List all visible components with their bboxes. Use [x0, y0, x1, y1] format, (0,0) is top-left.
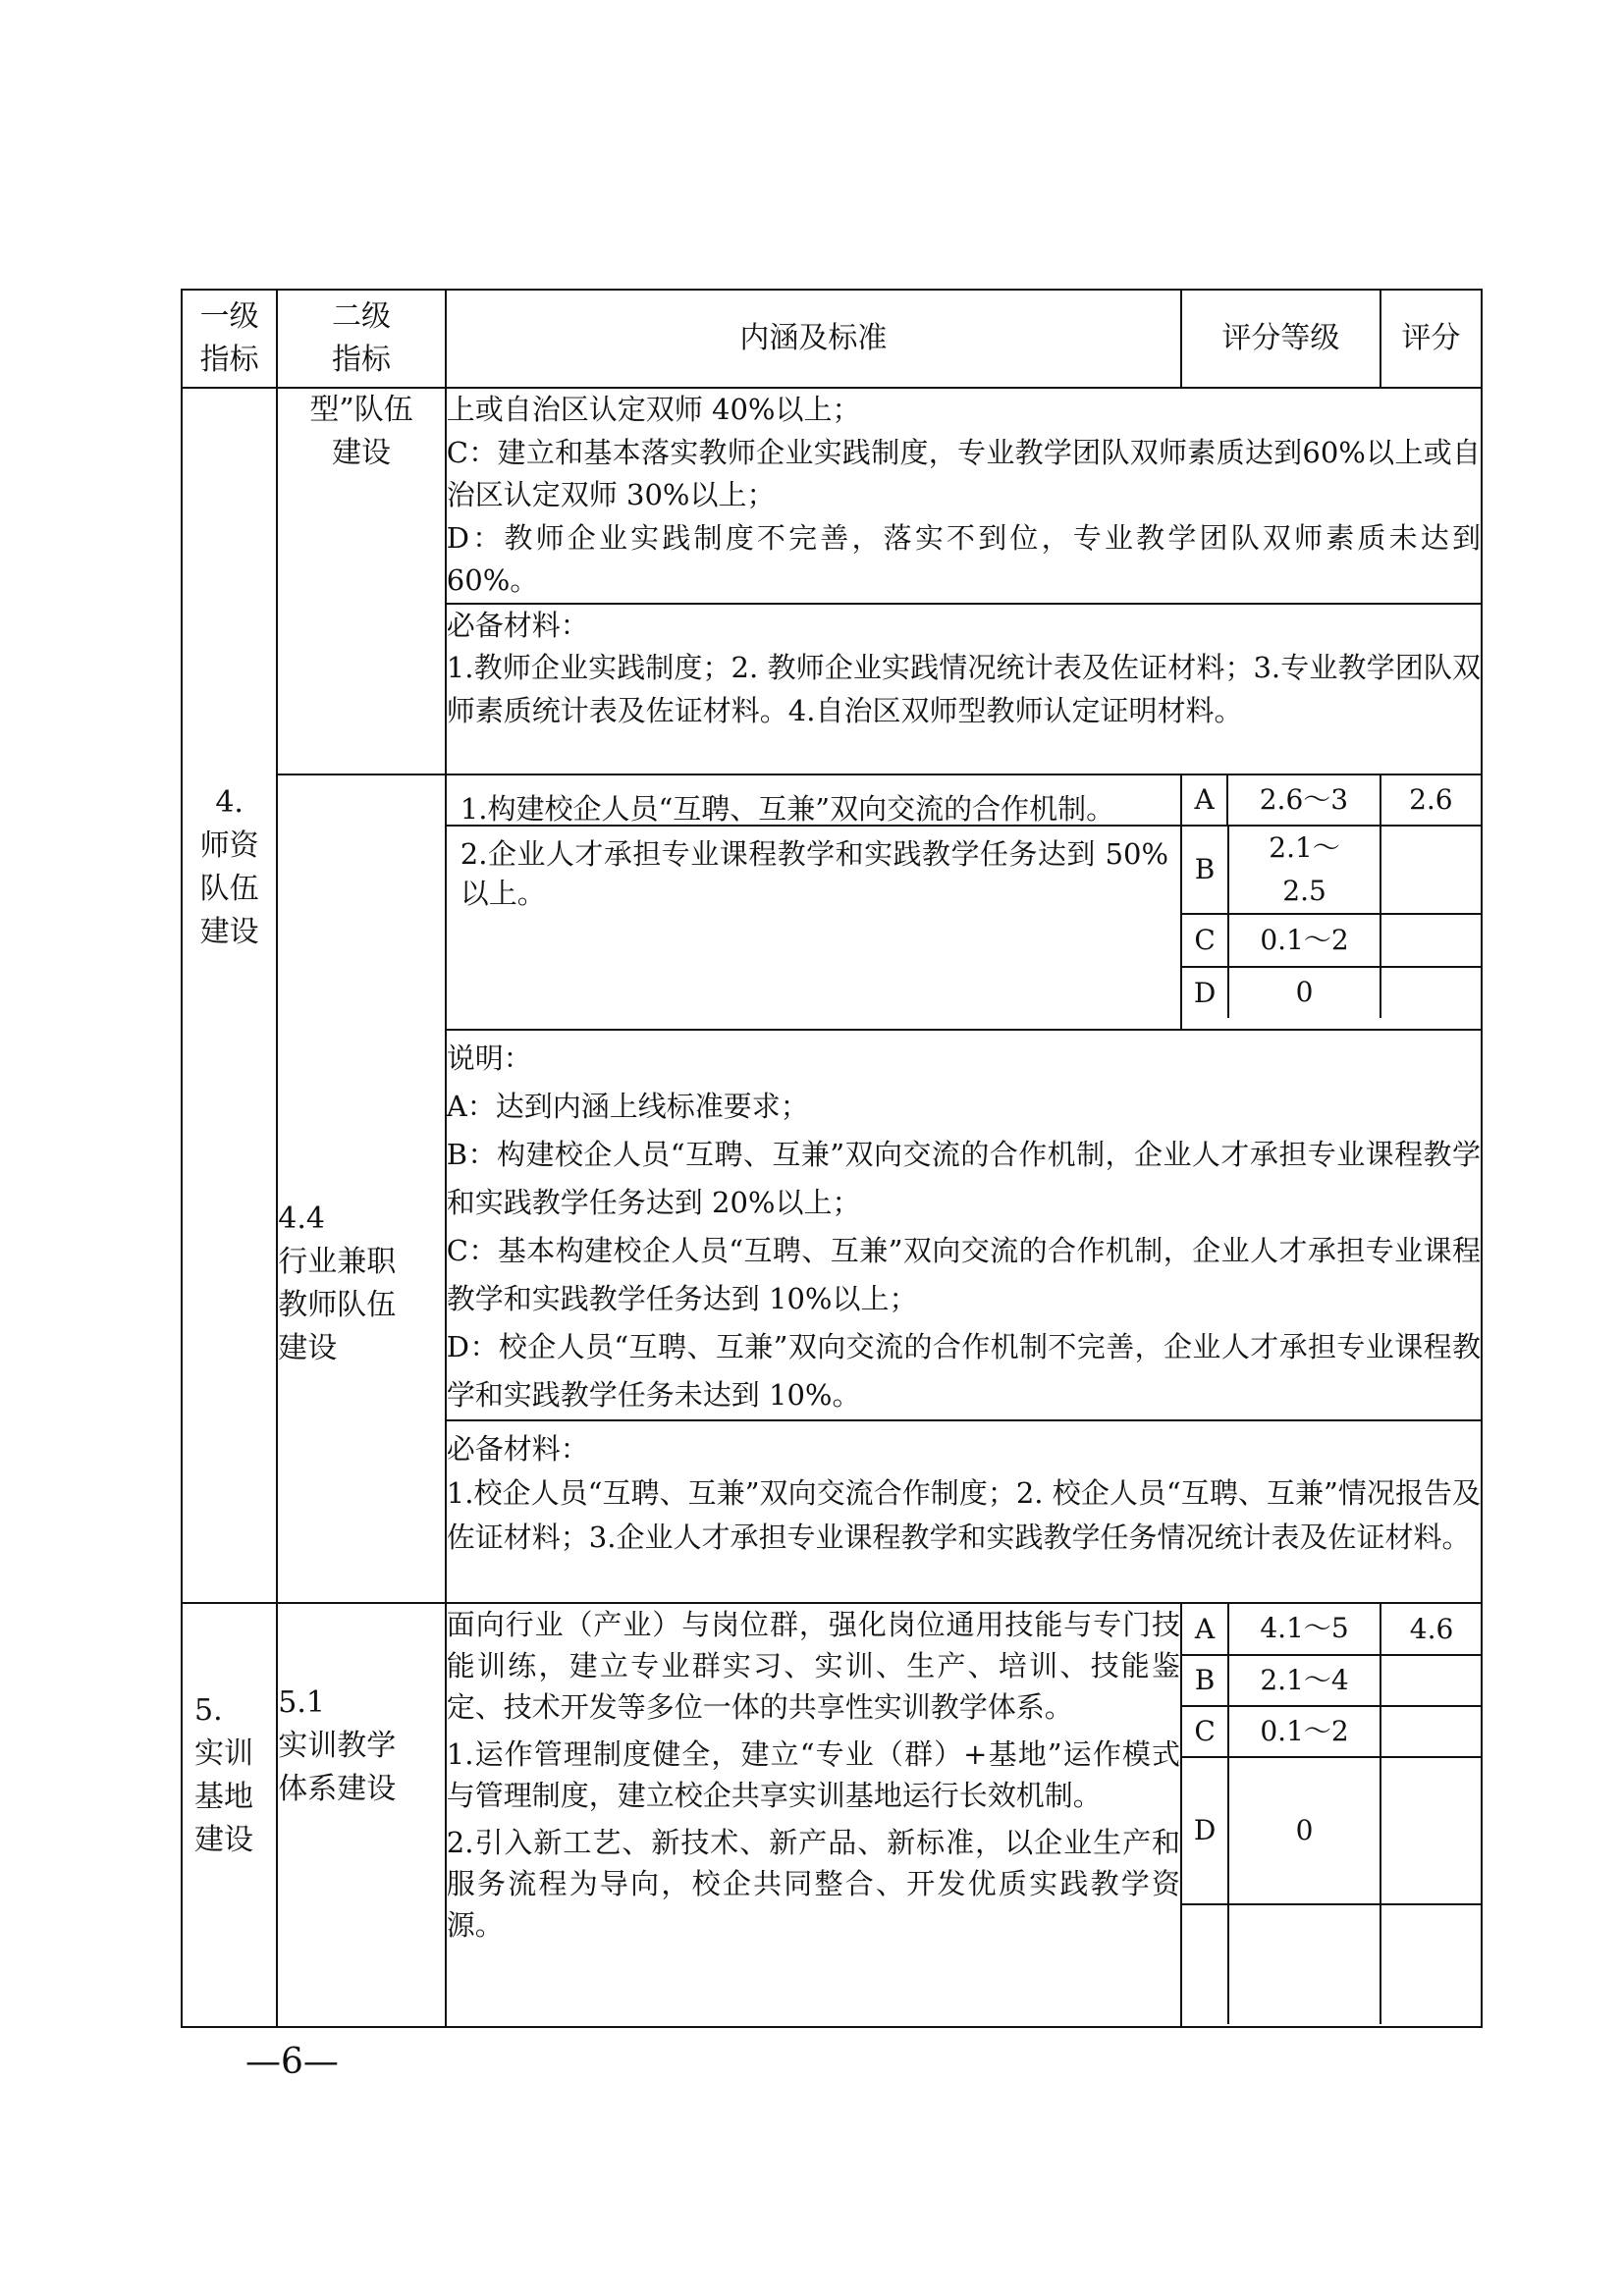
document-page: 一级 指标 二级 指标 内涵及标准 评分等级 评分 4. 师资 队伍 建设 — [0, 0, 1624, 2296]
level2-text: 建设 — [278, 1327, 445, 1370]
grade-range-b: 2.1～4 — [1228, 1655, 1380, 1706]
materials-text: 1.校企人员“互聘、互兼”双向交流合作制度；2. 校企人员“互聘、互兼”情况报告… — [447, 1471, 1481, 1560]
level2-text: 型”队伍 — [278, 389, 445, 432]
level1-text: 师资 — [183, 825, 276, 868]
grade-range-d: 0 — [1228, 967, 1380, 1018]
grade-range-b: 2.1～ 2.5 — [1228, 827, 1380, 914]
score-value-c[interactable] — [1380, 914, 1482, 967]
grade-label-c: C — [1182, 914, 1228, 967]
empty-cell — [1182, 1904, 1228, 2024]
level1-text: 队伍 — [183, 868, 276, 911]
range-text: 2.1～ — [1229, 827, 1380, 870]
empty-cell — [1228, 1904, 1380, 2024]
grade-label-a: A — [1181, 774, 1227, 826]
level2-text: 实训教学 — [278, 1725, 445, 1768]
explanation-title: 说明： — [447, 1035, 1481, 1083]
level1-text: 实训 — [194, 1733, 276, 1776]
header-level1-indicator: 一级 指标 — [182, 290, 277, 388]
explanation-text: D：校企人员“互聘、互兼”双向交流的合作机制不完善，企业人才承担专业课程教学和实… — [447, 1323, 1481, 1419]
level2-text: 教师队伍 — [278, 1284, 445, 1327]
level2-text: 4.4 — [278, 1198, 445, 1241]
explanation-text: B：构建校企人员“互聘、互兼”双向交流的合作机制，企业人才承担专业课程教学和实践… — [447, 1131, 1481, 1227]
table-row: 4. 师资 队伍 建设 型”队伍 建设 上或自治区认定双师 40%以上； C：建… — [182, 388, 1482, 604]
grade-label-a: A — [1182, 1604, 1228, 1655]
header-grade-level: 评分等级 — [1181, 290, 1380, 388]
level2-text: 体系建设 — [278, 1768, 445, 1811]
grade-label-d: D — [1182, 967, 1228, 1018]
level1-text: 建设 — [194, 1819, 276, 1862]
header-text: 一级 — [183, 295, 276, 339]
header-score: 评分 — [1380, 290, 1482, 388]
header-content-standard: 内涵及标准 — [446, 290, 1181, 388]
standard-4-4-text: 1.构建校企人员“互聘、互兼”双向交流的合作机制。 2.企业人才承担专业课程教学… — [446, 826, 1181, 1030]
explanation-text: A：达到内涵上线标准要求； — [447, 1083, 1481, 1131]
standard-text: 上或自治区认定双师 40%以上； — [447, 389, 1481, 432]
standard-text: 面向行业（产业）与岗位群，强化岗位通用技能与专门技能训练，建立专业群实习、实训、… — [447, 1604, 1180, 1728]
score-value-b[interactable] — [1380, 1655, 1482, 1706]
grade-range-a: 2.6～3 — [1227, 774, 1380, 826]
grade-range-a: 4.1～5 — [1228, 1604, 1380, 1655]
level2-5-1: 5.1 实训教学 体系建设 — [277, 1603, 446, 2027]
level1-section-5: 5. 实训 基地 建设 — [182, 1603, 277, 2027]
header-text: 指标 — [278, 339, 445, 382]
grade-label-b: B — [1182, 827, 1228, 914]
standard-text: D：教师企业实践制度不完善，落实不到位，专业教学团队双师素质未达到 60%。 — [447, 517, 1481, 603]
table-header-row: 一级 指标 二级 指标 内涵及标准 评分等级 评分 — [182, 290, 1482, 388]
score-value-c[interactable] — [1380, 1706, 1482, 1757]
standard-5-1: 面向行业（产业）与岗位群，强化岗位通用技能与专门技能训练，建立专业群实习、实训、… — [446, 1603, 1181, 2027]
explanation-text: C：基本构建校企人员“互聘、互兼”双向交流的合作机制，企业人才承担专业课程教学和… — [447, 1227, 1481, 1323]
materials-text: 1.教师企业实践制度；2. 教师企业实践情况统计表及佐证材料；3.专业教学团队双… — [447, 647, 1481, 732]
level2-text: 建设 — [278, 432, 445, 475]
header-level2-indicator: 二级 指标 — [277, 290, 446, 388]
grade-range-c: 0.1～2 — [1228, 1706, 1380, 1757]
standard-text: 1.运作管理制度健全，建立“专业（群）+基地”运作模式与管理制度，建立校企共享实… — [447, 1734, 1180, 1816]
standard-text: 2.企业人才承担专业课程教学和实践教学任务达到 50%以上。 — [460, 834, 1168, 913]
score-value-d[interactable] — [1380, 967, 1482, 1018]
header-text: 二级 — [278, 295, 445, 339]
range-text: 2.5 — [1229, 870, 1380, 913]
materials-4-4: 必备材料： 1.校企人员“互聘、互兼”双向交流合作制度；2. 校企人员“互聘、互… — [446, 1420, 1482, 1603]
score-value-a[interactable]: 2.6 — [1380, 774, 1482, 826]
level2-text: 5.1 — [278, 1682, 445, 1725]
empty-cell — [1380, 1904, 1482, 2024]
grade-range-d: 0 — [1228, 1757, 1380, 1904]
standard-4-3-continued: 上或自治区认定双师 40%以上； C：建立和基本落实教师企业实践制度，专业教学团… — [446, 388, 1482, 604]
grade-range-c: 0.1～2 — [1228, 914, 1380, 967]
level1-text: 基地 — [194, 1776, 276, 1819]
grade-label-c: C — [1182, 1706, 1228, 1757]
level1-section-4: 4. 师资 队伍 建设 — [182, 388, 277, 1603]
level1-text: 5. — [194, 1689, 276, 1733]
grade-subtable-4-4: B 2.1～ 2.5 C 0.1～2 D 0 — [1181, 826, 1482, 1030]
header-text: 指标 — [183, 339, 276, 382]
grade-label-d: D — [1182, 1757, 1228, 1904]
materials-title: 必备材料： — [447, 605, 1481, 648]
score-value-b[interactable] — [1380, 827, 1482, 914]
level2-4-4: 4.4 行业兼职 教师队伍 建设 — [277, 774, 446, 1603]
level2-4-3-continued: 型”队伍 建设 — [277, 388, 446, 774]
standard-text: 2.引入新工艺、新技术、新产品、新标准，以企业生产和服务流程为导向，校企共同整合… — [447, 1822, 1180, 1946]
materials-4-3: 必备材料： 1.教师企业实践制度；2. 教师企业实践情况统计表及佐证材料；3.专… — [446, 604, 1482, 774]
level1-text: 4. — [183, 781, 276, 825]
grade-label-b: B — [1182, 1655, 1228, 1706]
grade-subtable-5-1: A 4.1～5 4.6 B 2.1～4 C 0.1～2 — [1181, 1603, 1482, 2027]
standard-text: C：建立和基本落实教师企业实践制度，专业教学团队双师素质达到60%以上或自治区认… — [447, 432, 1481, 517]
evaluation-table: 一级 指标 二级 指标 内涵及标准 评分等级 评分 4. 师资 队伍 建设 — [181, 289, 1483, 2028]
table-row: 5. 实训 基地 建设 5.1 实训教学 体系建设 面向行业（产业）与岗位群，强… — [182, 1603, 1482, 2027]
page-number: —6— — [245, 2042, 339, 2082]
score-value-d[interactable] — [1380, 1757, 1482, 1904]
standard-text: 1.构建校企人员“互聘、互兼”双向交流的合作机制。 — [460, 789, 1168, 828]
level2-text: 行业兼职 — [278, 1241, 445, 1284]
materials-title: 必备材料： — [447, 1427, 1481, 1471]
explanation-4-4: 说明： A：达到内涵上线标准要求； B：构建校企人员“互聘、互兼”双向交流的合作… — [446, 1030, 1482, 1420]
level1-text: 建设 — [183, 911, 276, 954]
score-value-a[interactable]: 4.6 — [1380, 1604, 1482, 1655]
